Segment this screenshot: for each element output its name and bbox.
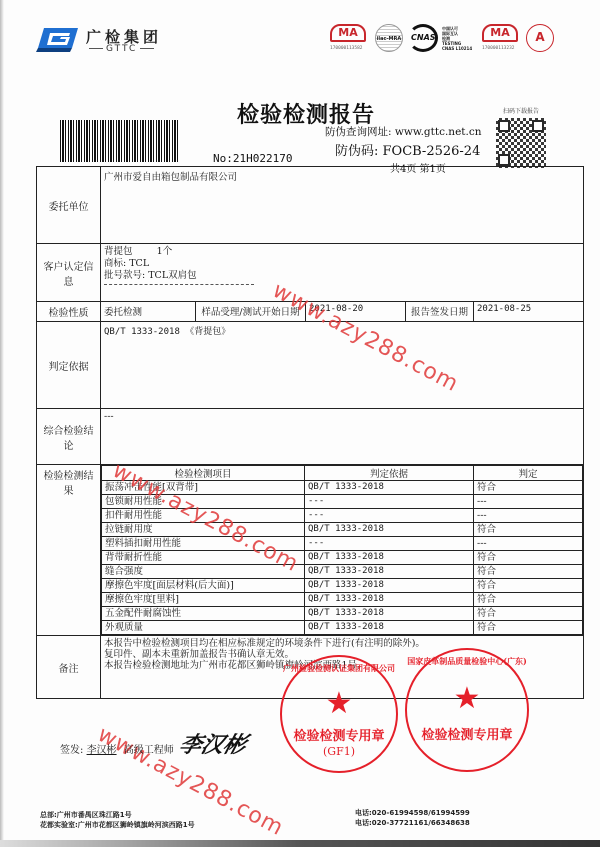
cnas-icon: CNAS (408, 24, 438, 52)
cnas-text-line: CNAS L10214 (442, 46, 472, 51)
info-line: 批号款号: TCL双肩包 (104, 270, 580, 282)
result-basis: --- (305, 537, 474, 551)
result-item: 摩擦色牢度[面层材料(后大面)] (102, 579, 305, 593)
results-table: 检验检测项目 判定依据 判定 振荡冲击性能[双背带]QB/T 1333-2018… (101, 465, 583, 635)
result-basis: QB/T 1333-2018 (305, 621, 474, 635)
stamp-arc-text: 广州检验检测认证集团有限公司 (282, 663, 396, 674)
result-item: 扣件耐用性能 (102, 509, 305, 523)
hq-phone: 电话:020-61994598/61994599 (355, 808, 470, 818)
result-row: 振荡冲击性能[双背带]QB/T 1333-2018符合 (102, 481, 583, 495)
result-verdict: 符合 (474, 481, 583, 495)
result-row: 塑料插扣耐用性能------ (102, 537, 583, 551)
result-row: 背带耐折性能QB/T 1333-2018符合 (102, 551, 583, 565)
header-basis: 判定依据 (305, 466, 474, 481)
result-basis: QB/T 1333-2018 (305, 523, 474, 537)
conclusion-row: 综合检验结论 --- (37, 409, 584, 465)
basis-label: 判定依据 (37, 322, 101, 409)
issue-date-value: 2021-08-25 (474, 302, 584, 322)
gttc-logo: 广检集团 GTTC (36, 26, 166, 54)
lab-phone: 电话:020-37721161/66348638 (355, 818, 470, 828)
qr-label: 扫码下载报告 (503, 106, 539, 115)
footer-phones: 电话:020-61994598/61994599 电话:020-37721161… (355, 808, 470, 828)
signer-title: 高级工程师 (124, 745, 174, 756)
result-item: 缝合强度 (102, 565, 305, 579)
result-item: 拉链耐用度 (102, 523, 305, 537)
lab-address: 花都实验室:广州市花都区狮岭镇旗岭河滨西路1号 (40, 820, 195, 830)
result-row: 包锁耐用性能------ (102, 495, 583, 509)
anti-fake-url: 防伪查询网址: www.gttc.net.cn (325, 124, 482, 139)
result-basis: QB/T 1333-2018 (305, 481, 474, 495)
result-verdict: 符合 (474, 593, 583, 607)
barcode-icon (60, 120, 180, 162)
result-basis: --- (305, 509, 474, 523)
result-verdict: 符合 (474, 565, 583, 579)
result-item: 摩擦色牢度[里料] (102, 593, 305, 607)
stamp-gttc: 广州检验检测认证集团有限公司 ★ 检验检测专用章 (GF1) (280, 655, 398, 773)
result-row: 扣件耐用性能------ (102, 509, 583, 523)
conclusion-value: --- (101, 409, 584, 465)
page-edge-shadow (0, 0, 4, 847)
customer-info-label: 客户认定信息 (37, 244, 101, 302)
certification-marks: MA 170000113582 ilac-MRA CNAS 中国认可 国际互认 … (330, 24, 590, 58)
info-line: 背提包 1个 (104, 246, 580, 258)
logo-english-text: GTTC (86, 44, 157, 54)
ilac-mra-icon: ilac-MRA (375, 24, 403, 52)
client-value: 广州市爱自由箱包制品有限公司 (101, 167, 584, 244)
star-icon: ★ (454, 684, 481, 714)
page-bottom-shadow (0, 840, 600, 847)
result-basis: QB/T 1333-2018 (305, 607, 474, 621)
result-item: 外观质量 (102, 621, 305, 635)
signer-name: 李汉彬 (87, 745, 117, 756)
basis-row: 判定依据 QB/T 1333-2018 《背提包》 (37, 322, 584, 409)
stamp-main-text: 检验检测专用章 (407, 724, 527, 743)
result-verdict: --- (474, 495, 583, 509)
remark-line: 本报告中检验检测项目均在相应标准规定的环境条件下进行(有注明的除外)。 (104, 638, 580, 649)
result-basis: QB/T 1333-2018 (305, 565, 474, 579)
stamp-arc-text: 国家皮革制品质量检验中心(广东) (407, 656, 527, 667)
cnas-text: 中国认可 国际互认 检测 TESTING CNAS L10214 (442, 26, 472, 51)
customer-info-value: 背提包 1个 商标: TCL 批号款号: TCL双肩包 (101, 244, 584, 302)
result-basis: QB/T 1333-2018 (305, 579, 474, 593)
conclusion-label: 综合检验结论 (37, 409, 101, 465)
stamp-main-text: 检验检测专用章 (282, 725, 396, 744)
header-item: 检验检测项目 (102, 466, 305, 481)
report-table: 委托单位 广州市爱自由箱包制品有限公司 客户认定信息 背提包 1个 商标: TC… (36, 166, 584, 699)
results-cell: 检验检测项目 判定依据 判定 振荡冲击性能[双背带]QB/T 1333-2018… (101, 465, 584, 636)
header-verdict: 判定 (474, 466, 583, 481)
cma-mark-icon: MA (330, 24, 366, 42)
cma-number: 170000113582 (330, 46, 363, 51)
stamp-sub-text: (GF1) (282, 745, 396, 758)
cma-mark-icon-2: MA (482, 24, 518, 42)
result-item: 五金配件耐腐蚀性 (102, 607, 305, 621)
nature-label: 检验性质 (37, 302, 101, 322)
remark-label: 备注 (37, 636, 101, 699)
client-label: 委托单位 (37, 167, 101, 244)
nature-row: 检验性质 委托检测 样品受理/测试开始日期 2021-08-20 报告签发日期 … (37, 302, 584, 322)
cma-number-2: 170000113232 (482, 46, 515, 51)
sign-label: 签发: (60, 745, 83, 756)
hq-address: 总部:广州市番禺区珠江路1号 (40, 810, 195, 820)
stamp-leather-center: 国家皮革制品质量检验中心(广东) ★ 检验检测专用章 (405, 648, 529, 772)
footer-addresses: 总部:广州市番禺区珠江路1号 花都实验室:广州市花都区狮岭镇旗岭河滨西路1号 (40, 810, 195, 830)
customer-info-row: 客户认定信息 背提包 1个 商标: TCL 批号款号: TCL双肩包 (37, 244, 584, 302)
result-row: 摩擦色牢度[里料]QB/T 1333-2018符合 (102, 593, 583, 607)
qr-code-icon[interactable] (496, 118, 546, 168)
result-verdict: 符合 (474, 523, 583, 537)
star-icon: ★ (326, 689, 353, 719)
result-item: 振荡冲击性能[双背带] (102, 481, 305, 495)
report-number: No:21H022170 (213, 152, 292, 165)
result-row: 拉链耐用度QB/T 1333-2018符合 (102, 523, 583, 537)
client-row: 委托单位 广州市爱自由箱包制品有限公司 (37, 167, 584, 244)
result-verdict: 符合 (474, 579, 583, 593)
results-row: 检验检测结果 检验检测项目 判定依据 判定 振荡冲击性能[双背带]QB/T 13… (37, 465, 584, 636)
issue-date-label: 报告签发日期 (406, 302, 474, 322)
result-verdict: --- (474, 537, 583, 551)
receive-date-value: 2021-08-20 (306, 302, 406, 322)
result-verdict: 符合 (474, 607, 583, 621)
results-label: 检验检测结果 (37, 465, 101, 636)
result-verdict: 符合 (474, 551, 583, 565)
result-row: 五金配件耐腐蚀性QB/T 1333-2018符合 (102, 607, 583, 621)
result-basis: QB/T 1333-2018 (305, 593, 474, 607)
result-row: 外观质量QB/T 1333-2018符合 (102, 621, 583, 635)
anti-fake-code: 防伪码: FOCB-2526-24 (335, 140, 480, 159)
basis-value: QB/T 1333-2018 《背提包》 (101, 322, 584, 409)
cal-mark-icon: A (526, 24, 554, 52)
result-verdict: --- (474, 509, 583, 523)
nature-value: 委托检测 (101, 302, 196, 322)
handwritten-signature: 李汉彬 (176, 728, 250, 759)
result-item: 背带耐折性能 (102, 551, 305, 565)
results-header: 检验检测项目 判定依据 判定 (102, 466, 583, 481)
info-line: 商标: TCL (104, 258, 580, 270)
gttc-logo-icon (36, 26, 80, 52)
result-item: 塑料插扣耐用性能 (102, 537, 305, 551)
signature-line: 签发: 李汉彬 高级工程师 (60, 741, 174, 756)
result-item: 包锁耐用性能 (102, 495, 305, 509)
result-row: 缝合强度QB/T 1333-2018符合 (102, 565, 583, 579)
result-basis: QB/T 1333-2018 (305, 551, 474, 565)
receive-date-label: 样品受理/测试开始日期 (196, 302, 306, 322)
result-verdict: 符合 (474, 621, 583, 635)
result-basis: --- (305, 495, 474, 509)
result-row: 摩擦色牢度[面层材料(后大面)]QB/T 1333-2018符合 (102, 579, 583, 593)
dashed-divider (104, 284, 254, 285)
